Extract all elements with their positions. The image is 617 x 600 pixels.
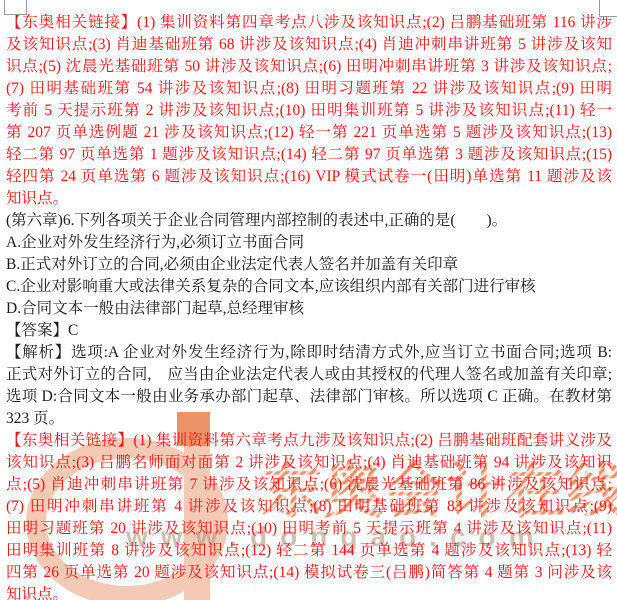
text-line: 识点;(5) 沈晨光基础班第 50 讲涉及该知识点;(6) 田明冲刺串讲班第 3… (6, 56, 612, 78)
text-line: 田明习题班第 20 讲涉及该知识点;(10) 田明考前 5 天提示班第 4 讲涉… (6, 518, 612, 540)
text-line: 田明集训班第 8 讲涉及该知识点;(12) 轻二第 144 页单选第 4 题涉及… (6, 540, 612, 562)
document-content: 【东奥相关链接】(1) 集训资料第四章考点八涉及该知识点;(2) 吕鹏基础班第 … (6, 12, 612, 600)
page-margin-mark-left (4, 0, 27, 15)
text-line: C.企业对影响重大或法律关系复杂的合同文本,应该组织内部有关部门进行审核 (6, 276, 612, 298)
page-margin-mark-right (599, 0, 617, 17)
document-page: 东奥会计在线 www.dongao.com 【东奥相关链接】(1) 集训资料第四… (0, 0, 617, 600)
text-line: 知识点。 (6, 584, 612, 600)
text-line: (7) 田明冲刺串讲班第 4 讲涉及该知识点;(8) 田明基础班第 83 讲涉及… (6, 496, 612, 518)
text-line: (7) 田明基础班第 54 讲涉及该知识点;(8) 田明习题班第 22 讲涉及该… (6, 78, 612, 100)
text-line: (第六章)6.下列各项关于企业合同管理内部控制的表述中,正确的是( )。 (6, 210, 612, 232)
question-answer-analysis-block: (第六章)6.下列各项关于企业合同管理内部控制的表述中,正确的是( )。A.企业… (6, 210, 612, 430)
text-line: 该知识点;(3) 吕鹏名师面对面第 2 讲涉及该知识点;(4) 肖迪基础班第 9… (6, 452, 612, 474)
text-line: 正式对外订立的合同, 应当由企业法定代表人或由其授权的代理人签名或加盖有关印章; (6, 364, 612, 386)
text-line: 323 页。 (6, 408, 612, 430)
text-line: 点;(5) 肖迪冲刺串讲班第 7 讲涉及该知识点;(6) 沈晨光基础班第 86 … (6, 474, 612, 496)
text-line: B.正式对外订立的合同,必须由企业法定代表人签名并加盖有关印章 (6, 254, 612, 276)
text-line: 【东奥相关链接】(1) 集训资料第四章考点八涉及该知识点;(2) 吕鹏基础班第 … (6, 12, 612, 34)
text-line: 知识点。 (6, 188, 612, 210)
text-line: A.企业对外发生经济行为,必须订立书面合同 (6, 232, 612, 254)
text-line: 【东奥相关链接】(1) 集训资料第六章考点九涉及该知识点;(2) 吕鹏基础班配套… (6, 430, 612, 452)
text-line: 【解析】选项:A 企业对外发生经济行为,除即时结清方式外,应当订立书面合同;选项… (6, 342, 612, 364)
related-links-top-block: 【东奥相关链接】(1) 集训资料第四章考点八涉及该知识点;(2) 吕鹏基础班第 … (6, 12, 612, 210)
text-line: 轻二第 97 页单选第 1 题涉及该知识点;(14) 轻二第 97 页单选第 3… (6, 144, 612, 166)
text-line: 第 207 页单选例题 21 涉及该知识点;(12) 轻一第 221 页单选第 … (6, 122, 612, 144)
text-line: 及该知识点;(3) 肖迪基础班第 68 讲涉及该知识点;(4) 肖迪冲刺串讲班第… (6, 34, 612, 56)
text-line: D.合同文本一般由法律部门起草,总经理审核 (6, 298, 612, 320)
text-line: 考前 5 天提示班第 2 讲涉及该知识点;(10) 田明集训班第 5 讲涉及该知… (6, 100, 612, 122)
text-line: 轻四第 24 页单选第 6 题涉及该知识点;(16) VIP 模式试卷一(田明)… (6, 166, 612, 188)
text-line: 【答案】C (6, 320, 612, 342)
related-links-bottom-block: 【东奥相关链接】(1) 集训资料第六章考点九涉及该知识点;(2) 吕鹏基础班配套… (6, 430, 612, 600)
text-line: 选项 D:合同文本一般由业务承办部门起草、法律部门审核。所以选项 C 正确。在教… (6, 386, 612, 408)
text-line: 四第 26 页单选第 20 题涉及该知识点;(14) 模拟试卷三(吕鹏)简答第 … (6, 562, 612, 584)
